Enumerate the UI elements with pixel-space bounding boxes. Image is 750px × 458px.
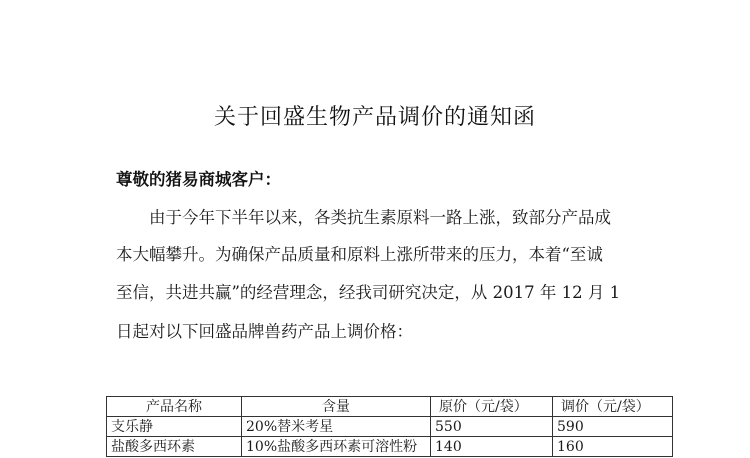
header-original-price: 原价（元/袋）: [431, 397, 553, 417]
cell-original-price: 550: [431, 417, 553, 437]
cell-content: 10%盐酸多西环素可溶性粉: [242, 437, 431, 457]
body-line-1: 由于今年下半年以来，各类抗生素原料一路上涨，致部分产品成: [149, 206, 611, 230]
table-row: 支乐静 20%替米考星 550 590: [107, 417, 673, 437]
cell-new-price: 160: [553, 437, 673, 457]
cell-product-name: 盐酸多西环素: [107, 437, 242, 457]
salutation: 尊敬的猪易商城客户：: [116, 168, 281, 192]
document-page: 关于回盛生物产品调价的通知函 尊敬的猪易商城客户： 由于今年下半年以来，各类抗生…: [0, 0, 750, 458]
document-title: 关于回盛生物产品调价的通知函: [0, 104, 750, 132]
cell-content: 20%替米考星: [242, 417, 431, 437]
header-content: 含量: [242, 397, 431, 417]
cell-new-price: 590: [553, 417, 673, 437]
header-new-price: 调价（元/袋）: [553, 397, 673, 417]
body-line-3: 至信，共进共赢”的经营理念，经我司研究决定，从 2017 年 12 月 1: [116, 281, 620, 305]
cell-product-name: 支乐静: [107, 417, 242, 437]
body-line-2: 本大幅攀升。为确保产品质量和原料上涨所带来的压力，本着“至诚: [116, 243, 603, 267]
price-adjustment-table: 产品名称 含量 原价（元/袋） 调价（元/袋） 支乐静 20%替米考星 550 …: [106, 396, 673, 457]
body-line-4: 日起对以下回盛品牌兽药产品上调价格：: [116, 320, 413, 344]
cell-original-price: 140: [431, 437, 553, 457]
table-header-row: 产品名称 含量 原价（元/袋） 调价（元/袋）: [107, 397, 673, 417]
header-product-name: 产品名称: [107, 397, 242, 417]
table-row: 盐酸多西环素 10%盐酸多西环素可溶性粉 140 160: [107, 437, 673, 457]
